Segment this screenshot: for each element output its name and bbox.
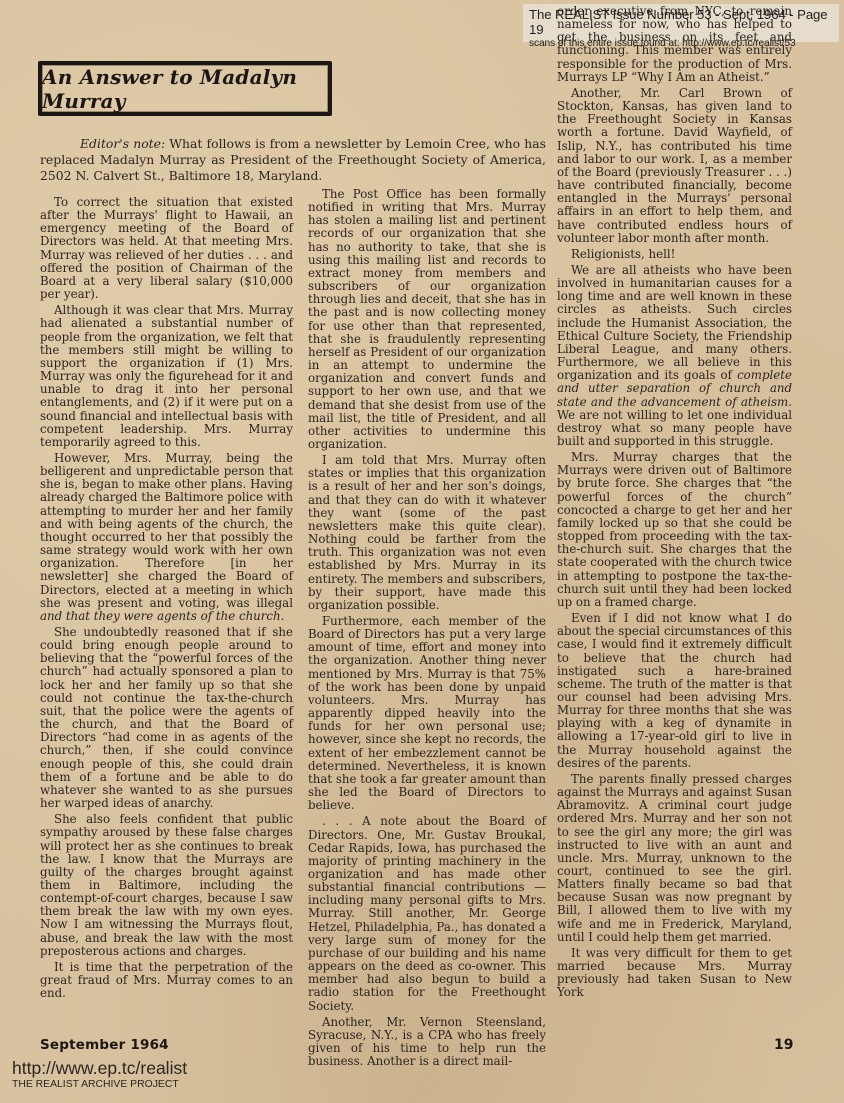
paragraph: It was very difficult for them to get ma… <box>557 947 792 1000</box>
paragraph: order executive from NYC, to remain name… <box>557 5 792 84</box>
watermark-project-name: THE REALIST ARCHIVE PROJECT <box>12 1078 187 1091</box>
paragraph: . . . A note about the Board of Director… <box>308 815 546 1012</box>
paragraph: However, Mrs. Murray, being the belliger… <box>40 452 293 623</box>
footer-issue-date: September 1964 <box>40 1037 169 1053</box>
paragraph: Mrs. Murray charges that the Murrays wer… <box>557 451 792 609</box>
editors-note: Editor's note: What follows is from a ne… <box>40 136 546 183</box>
paragraph: Another, Mr. Vernon Steensland, Syracuse… <box>308 1016 546 1069</box>
paragraph: Furthermore, each member of the Board of… <box>308 615 546 812</box>
paragraph: Even if I did not know what I do about t… <box>557 612 792 770</box>
paragraph: It is time that the perpetration of the … <box>40 961 293 1000</box>
paragraph: Another, Mr. Carl Brown of Stockton, Kan… <box>557 87 792 245</box>
article-title-box: An Answer to Madalyn Murray <box>38 61 332 116</box>
paragraph: We are all atheists who have been involv… <box>557 264 792 448</box>
paragraph: She also feels confident that public sym… <box>40 813 293 958</box>
article-title: An Answer to Madalyn Murray <box>42 65 328 113</box>
footer-page-number: 19 <box>774 1037 793 1053</box>
archive-watermark: http://www.ep.tc/realist THE REALIST ARC… <box>12 1059 187 1091</box>
paragraph: She undoubtedly reasoned that if she cou… <box>40 626 293 810</box>
paragraph-exclamation: Religionists, hell! <box>557 248 792 261</box>
paragraph: To correct the situation that existed af… <box>40 196 293 301</box>
article-column-1: To correct the situation that existed af… <box>40 196 293 1003</box>
paragraph: I am told that Mrs. Murray often states … <box>308 454 546 612</box>
paragraph: The Post Office has been formally notifi… <box>308 188 546 451</box>
article-column-2: The Post Office has been formally notifi… <box>308 188 546 1071</box>
paragraph: Although it was clear that Mrs. Murray h… <box>40 304 293 449</box>
watermark-url[interactable]: http://www.ep.tc/realist <box>12 1059 187 1078</box>
article-column-3: order executive from NYC, to remain name… <box>557 5 792 1003</box>
magazine-page: The REALIST Issue Number 53 - Sept, 1964… <box>0 0 844 1103</box>
paragraph: The parents finally pressed charges agai… <box>557 773 792 944</box>
editors-note-label: Editor's note: <box>80 136 165 151</box>
